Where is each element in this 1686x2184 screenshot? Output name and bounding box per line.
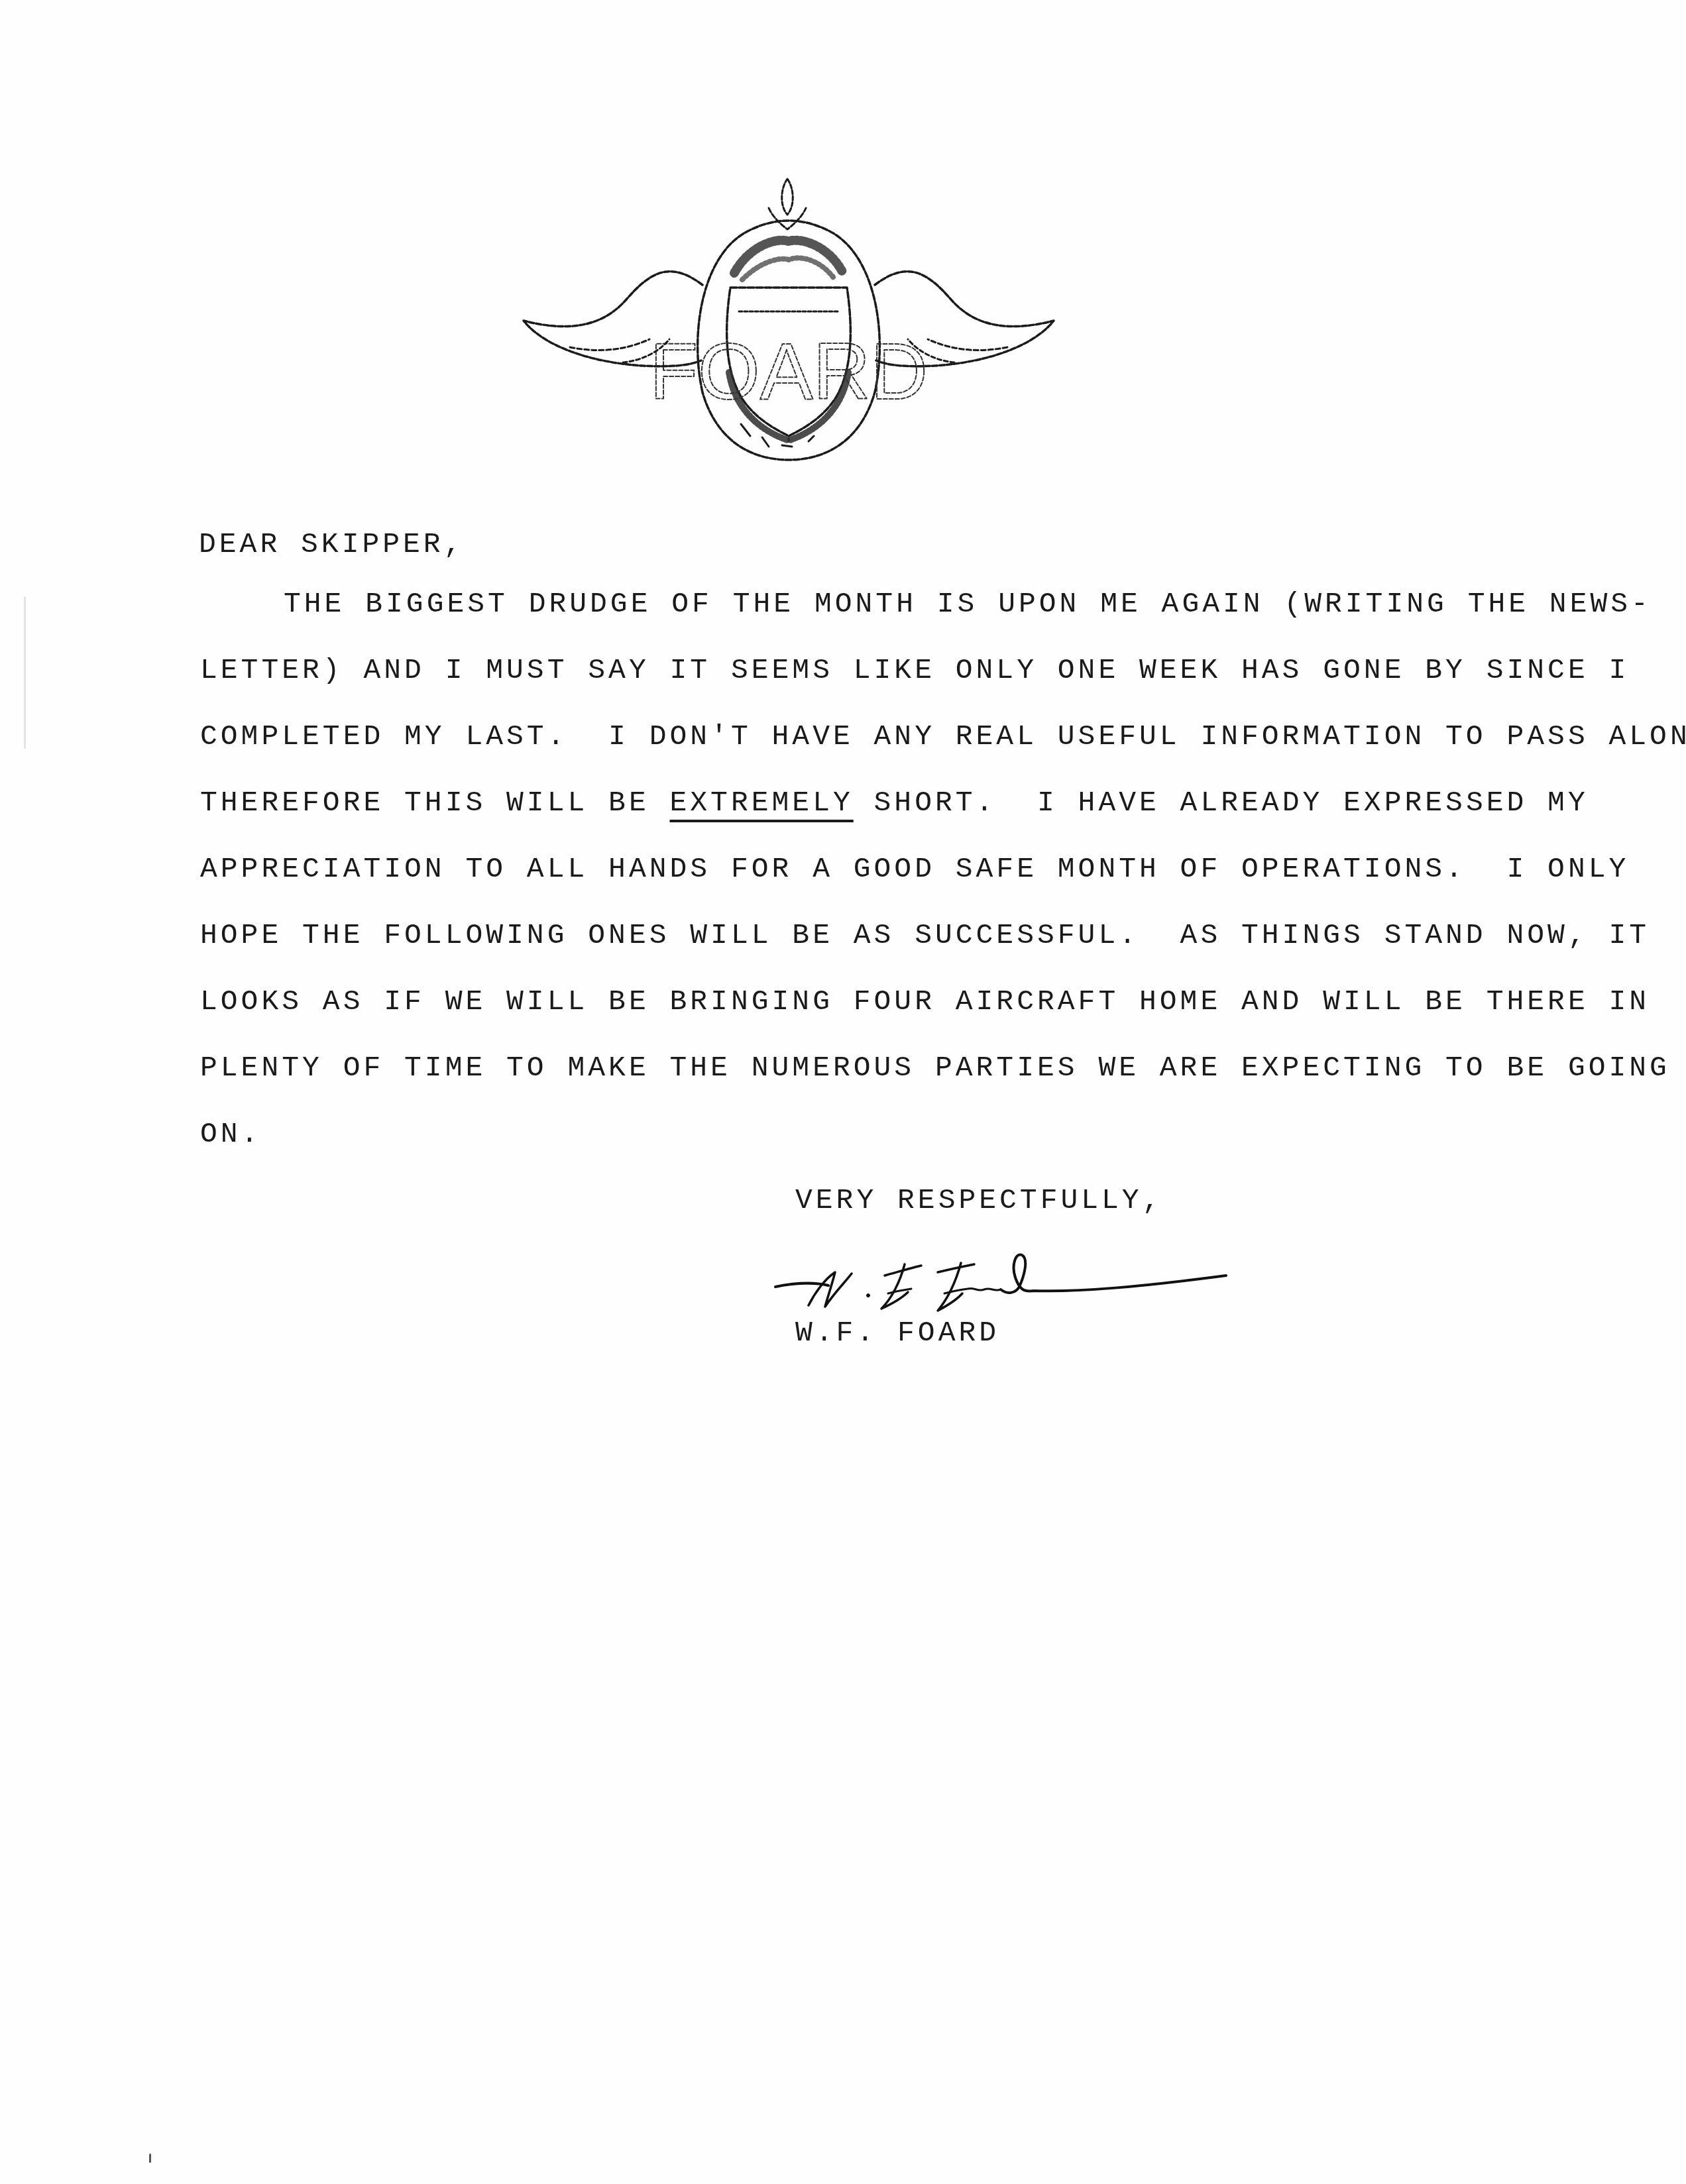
shield-letters: FOARD bbox=[649, 327, 928, 416]
body-line: COMPLETED MY LAST. I DON'T HAVE ANY REAL… bbox=[200, 722, 1686, 751]
body-line: APPRECIATION TO ALL HANDS FOR A GOOD SAF… bbox=[200, 855, 1629, 883]
body-line: PLENTY OF TIME TO MAKE THE NUMEROUS PART… bbox=[200, 1054, 1670, 1082]
scan-artifact bbox=[24, 596, 26, 749]
winged-shield-emblem-icon: FOARD bbox=[490, 174, 1087, 472]
body-line: LOOKS AS IF WE WILL BE BRINGING FOUR AIR… bbox=[200, 987, 1650, 1016]
handwritten-signature bbox=[769, 1246, 1233, 1319]
body-line: THE BIGGEST DRUDGE OF THE MONTH IS UPON … bbox=[284, 590, 1652, 618]
letter-page: FOARD DEAR SKIPPER, THE BIGGEST DRUDGE O… bbox=[0, 0, 1686, 2184]
closing: VERY RESPECTFULLY, bbox=[795, 1186, 1162, 1215]
body-text: THEREFORE THIS WILL BE bbox=[200, 787, 670, 819]
body-line: ON. bbox=[200, 1120, 261, 1148]
body-line: HOPE THE FOLLOWING ONES WILL BE AS SUCCE… bbox=[200, 921, 1650, 950]
body-line: LETTER) AND I MUST SAY IT SEEMS LIKE ONL… bbox=[200, 656, 1629, 684]
emphasized-word: EXTREMELY bbox=[670, 787, 854, 819]
body-line: THEREFORE THIS WILL BE EXTREMELY SHORT. … bbox=[200, 789, 1589, 817]
salutation: DEAR SKIPPER, bbox=[199, 530, 464, 559]
signer-name: W.F. FOARD bbox=[795, 1319, 999, 1347]
body-text: SHORT. I HAVE ALREADY EXPRESSED MY bbox=[854, 787, 1589, 819]
scan-artifact bbox=[149, 2154, 151, 2163]
